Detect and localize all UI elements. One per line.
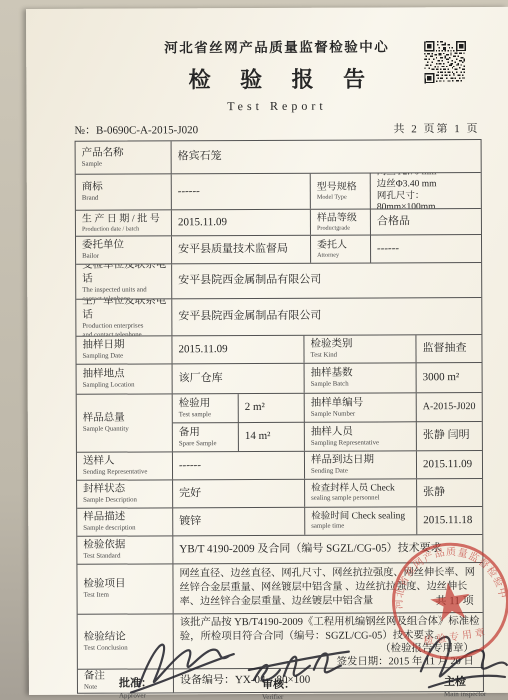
table-row: 产品名称Sample 格宾石笼 — [76, 140, 481, 175]
value-sample-number: A-2015-J020 — [423, 400, 479, 415]
report-paper: 河北省丝网产品质量监督检验中心 检 验 报 告 Test Report №：B-… — [26, 7, 508, 695]
label-sending-representative: 送样人Sending Representative — [77, 452, 173, 479]
value-inspected-unit: 安平县院西金属制品有限公司 — [178, 272, 478, 289]
conclusion-issue-date: 签发日期：2015 年 11 月 20 日 — [180, 656, 480, 669]
verifier-label: 审核：Verifier — [262, 678, 295, 700]
value-sampling-representative: 张静 闫明 — [423, 428, 479, 444]
table-row: 商标Brand ------ 型号规格Model Type 网丝Φ2.70 mm… — [76, 173, 481, 211]
table-row: 送样人Sending Representative ------ 样品到达日期S… — [77, 451, 482, 481]
value-brand: ------ — [178, 183, 307, 200]
label-test-conclusion: 检验结论Test Conclusion — [78, 614, 174, 668]
label-test-sample: 检验用Test sample — [173, 394, 239, 423]
test-item-count: 共 11 项 — [180, 593, 480, 611]
approver-label: 批准：Approver — [119, 676, 152, 700]
org-name: 河北省丝网产品质量监督检验中心 — [74, 35, 479, 57]
value-model-type: 网丝Φ2.70 mm 边丝Φ3.40 mm 网孔尺寸：80mm×100mm — [371, 173, 481, 208]
table-row: 委托单位Bailor 安平县质量技术监督局 委托人Attorney ------ — [76, 235, 481, 265]
label-production-unit: 生产单位及联系电话 Production enterprises and con… — [76, 299, 172, 335]
value-sending-date: 2015.11.09 — [423, 457, 479, 473]
label-model-type: 型号规格Model Type — [311, 173, 371, 208]
value-test-kind: 监督抽查 — [422, 341, 478, 357]
value-note: 设备编号：YX-04 80×100 — [180, 672, 480, 689]
value-bailor: 安平县质量技术监督局 — [178, 241, 307, 258]
label-sample-batch: 抽样基数Sample Batch — [305, 363, 417, 392]
label-test-item: 检验项目Test Item — [77, 564, 173, 613]
label-attorney: 委托人Attorney — [311, 235, 371, 262]
table-row: 样品描述Sample description 镀锌 检验时间 Check sea… — [77, 507, 482, 537]
value-production-date: 2015.11.09 — [178, 214, 307, 231]
value-spare-sample: 14 m² — [245, 429, 301, 445]
value-seal-state: 完好 — [179, 485, 301, 501]
table-row: 抽样地点Sampling Location 该厂仓库 抽样基数Sample Ba… — [77, 363, 482, 395]
report-table: 产品名称Sample 格宾石笼 商标Brand ------ 型号规格Model… — [75, 139, 484, 694]
label-sample-quantity: 样品总量Sample Quantity — [77, 394, 173, 451]
label-sample: 产品名称Sample — [76, 141, 172, 173]
value-check-time: 2015.11.18 — [423, 513, 479, 529]
qr-code — [424, 40, 466, 84]
table-row: 受检单位及联系电话 The inspected units and contac… — [76, 263, 481, 300]
value-attorney: ------ — [377, 241, 478, 257]
value-sample-batch: 3000 m² — [423, 370, 479, 386]
table-row: 封样状态Sample Description 完好 检查封样人员 Checkse… — [77, 479, 482, 509]
label-bailor: 委托单位Bailor — [76, 236, 172, 263]
report-title: 检 验 报 告 — [74, 62, 479, 95]
value-sending-representative: ------ — [179, 457, 301, 473]
label-sampling-date: 抽样日期Sampling Date — [76, 336, 172, 363]
value-test-standard: YB/T 4190-2009 及合同（编号 SGZL/CG-05）技术要求 — [179, 541, 479, 558]
label-inspected-unit: 受检单位及联系电话 The inspected units and contac… — [76, 264, 172, 298]
table-row: 检验项目Test Item 网丝直径、边丝直径、网孔尺寸、网丝抗拉强度、网丝伸长… — [77, 563, 482, 615]
label-test-kind: 检验类别Test Kind — [304, 335, 416, 362]
value-sample: 格宾石笼 — [178, 148, 478, 165]
table-row: 检验结论Test Conclusion 该批产品按 YB/T4190-2009《… — [78, 613, 483, 670]
value-sample-description: 镀锌 — [179, 513, 301, 529]
report-number: №：B-0690C-A-2015-J020 — [74, 121, 198, 138]
value-grade: 合格品 — [377, 214, 478, 230]
label-check-seal-personnel: 检查封样人员 Checksealing sample personnel — [305, 479, 417, 506]
main-inspector-label: 主检Main inspector — [444, 675, 486, 699]
value-test-conclusion: 该批产品按 YB/T4190-2009《工程用机编钢丝网及组合体》标准检验，所检… — [180, 615, 480, 644]
label-test-standard: 检验依据Test Standard — [77, 536, 173, 563]
table-row-sample-quantity: 样品总量Sample Quantity 检验用Test sample 备用Spa… — [77, 393, 482, 453]
label-sample-number: 抽样单编号Sample Number — [305, 393, 417, 422]
table-row: 生 产 日 期 / 批 号Production date / batch 201… — [76, 209, 481, 237]
table-row: 生产单位及联系电话 Production enterprises and con… — [76, 298, 481, 337]
value-test-sample: 2 m² — [245, 400, 301, 416]
table-row: 抽样日期Sampling Date 2015.11.09 检验类别Test Ki… — [76, 335, 481, 365]
label-sample-description: 样品描述Sample description — [77, 508, 173, 535]
report-subtitle: Test Report — [74, 98, 479, 115]
label-check-time: 检验时间 Check sealingsample time — [305, 507, 417, 534]
table-row: 检验依据Test Standard YB/T 4190-2009 及合同（编号 … — [77, 535, 482, 565]
page-indicator: 共 2 页第 1 页 — [393, 120, 479, 136]
label-spare-sample: 备用Spare Sample — [173, 423, 239, 451]
value-sampling-date: 2015.11.09 — [178, 341, 300, 357]
label-sampling-representative: 抽样人员Sampling Representative — [305, 422, 417, 450]
label-production-date: 生 产 日 期 / 批 号Production date / batch — [76, 210, 172, 235]
label-sending-date: 样品到达日期Sending Date — [305, 451, 417, 478]
label-grade: 样品等级Productgrade — [311, 209, 371, 234]
value-production-unit: 安平县院西金属制品有限公司 — [178, 308, 478, 325]
value-sampling-location: 该厂仓库 — [179, 370, 301, 386]
scanned-test-report: 河北省丝网产品质量监督检验中心 检 验 报 告 Test Report №：B-… — [0, 0, 508, 700]
label-sampling-location: 抽样地点Sampling Location — [77, 364, 173, 393]
value-check-seal-personnel: 张静 — [423, 485, 479, 501]
label-brand: 商标Brand — [76, 174, 172, 209]
label-seal-state: 封样状态Sample Description — [77, 480, 173, 507]
